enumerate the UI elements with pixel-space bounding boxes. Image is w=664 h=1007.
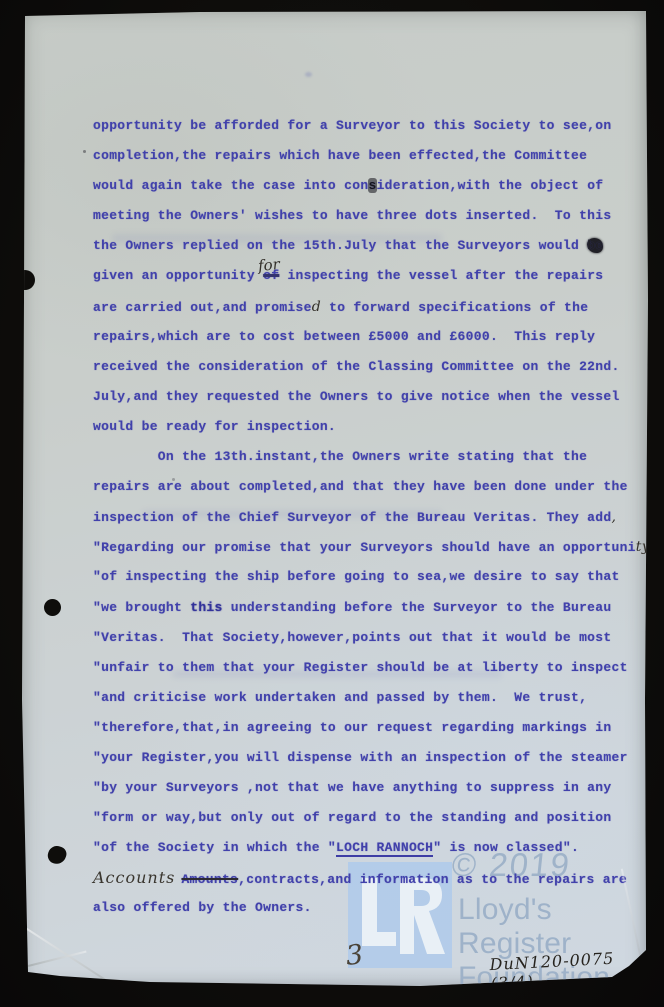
typed-line: "we brought this understanding before th… [93, 593, 638, 623]
typed-line: "Regarding our promise that your Surveyo… [93, 532, 638, 562]
archive-reference-code: DuN120-0075 (3/4) [489, 947, 649, 993]
punch-hole [15, 270, 35, 290]
typed-segment: completion,the repairs which have been e… [93, 148, 587, 163]
typed-line: "of inspecting the ship before going to … [93, 562, 638, 592]
typed-line: opportunity be afforded for a Surveyor t… [93, 111, 638, 141]
typed-segment: "Veritas. That Society,however,points ou… [93, 630, 611, 645]
typed-line: would again take the case into considera… [93, 171, 638, 201]
typed-segment: repairs,which are to cost between £5000 … [93, 329, 595, 344]
typed-segment: "we brought [93, 600, 190, 615]
typed-line: On the 13th.instant,the Owners write sta… [93, 442, 638, 472]
typed-segment-hand: d [312, 299, 321, 315]
typed-segment: inspecting the vessel after the repairs [279, 268, 603, 283]
typed-line: "therefore,that,in agreeing to our reque… [93, 713, 638, 743]
typed-line: repairs are about completed,and that the… [93, 472, 638, 502]
typed-line: would be ready for inspection. [93, 412, 638, 442]
typed-segment-strike: offor [263, 268, 279, 283]
typed-segment: July,and they requested the Owners to gi… [93, 389, 620, 404]
typed-line: "unfair to them that your Register shoul… [93, 653, 638, 683]
typed-segment: opportunity be afforded for a Surveyor t… [93, 118, 611, 133]
typed-segment: repairs are about completed,and that the… [93, 479, 628, 494]
typed-segment: understanding before the Surveyor to the… [223, 600, 612, 615]
typed-line: meeting the Owners' wishes to have three… [93, 201, 638, 231]
typed-line: "by your Surveyors ,not that we have any… [93, 773, 638, 803]
paper-speck [83, 150, 86, 153]
typed-segment: inspection of the Chief Surveyor of the … [93, 510, 611, 525]
typed-segment: "unfair to them that your Register shoul… [93, 660, 628, 675]
typed-segment: "of the Society in which the " [93, 840, 336, 855]
typed-segment-blot: be [587, 238, 603, 253]
letter-body: opportunity be afforded for a Surveyor t… [93, 111, 638, 924]
typed-line: "and criticise work undertaken and passe… [93, 683, 638, 713]
typed-segment: would again take the case into con [93, 178, 368, 193]
typed-segment: "form or way,but only out of regard to t… [93, 810, 611, 825]
typed-line: Accounts Amounts,contracts,and informati… [93, 863, 638, 893]
handwritten-insertion: for [257, 250, 281, 282]
scan-background: © 2019 Lloyd's Register Foundation oppor… [0, 0, 664, 1007]
typed-segment: also offered by the Owners. [93, 900, 312, 915]
typed-line: "Veritas. That Society,however,points ou… [93, 623, 638, 653]
punch-hole [46, 844, 69, 867]
typed-segment: meeting the Owners' wishes to have three… [93, 208, 611, 223]
typed-line: "of the Society in which the "LOCH RANNO… [93, 833, 638, 863]
typed-line: are carried out,and promised to forward … [93, 292, 638, 322]
typed-segment: On the 13th.instant,the Owners write sta… [93, 449, 587, 464]
paper-crease [23, 926, 121, 990]
typed-segment: "therefore,that,in agreeing to our reque… [93, 720, 611, 735]
typed-line: "form or way,but only out of regard to t… [93, 803, 638, 833]
typed-segment-strikedark: Amounts [181, 872, 238, 887]
typed-segment: "your Register,you will dispense with an… [93, 750, 628, 765]
typed-segment: given an opportunity [93, 268, 263, 283]
typed-segment: "and criticise work undertaken and passe… [93, 690, 587, 705]
typed-segment: "of inspecting the ship before going to … [93, 569, 620, 584]
typed-segment: ,contracts,and information as to the rep… [238, 872, 627, 887]
typed-segment: received the consideration of the Classi… [93, 359, 620, 374]
typed-line: "your Register,you will dispense with an… [93, 743, 638, 773]
typed-segment-blotlight: s [368, 178, 376, 193]
typed-line: received the consideration of the Classi… [93, 352, 638, 382]
punch-hole [44, 599, 61, 616]
paper-crease [28, 951, 87, 967]
typed-segment-uline: LOCH RANNOCH [336, 840, 433, 857]
typed-segment: would be ready for inspection. [93, 419, 336, 434]
typed-segment: " is now classed". [433, 840, 579, 855]
typed-segment-hand: , [611, 509, 616, 525]
typed-segment: ideration,with the object of [377, 178, 604, 193]
letter-page: © 2019 Lloyd's Register Foundation oppor… [22, 10, 648, 990]
handwritten-page-number: 3 [344, 939, 364, 972]
typed-line: given an opportunity offor inspecting th… [93, 261, 638, 291]
typed-segment-cursive: Accounts [93, 868, 181, 887]
typed-segment-darkink: this [190, 600, 222, 615]
typed-line: July,and they requested the Owners to gi… [93, 382, 638, 412]
typed-segment: to forward specifications of the [321, 300, 588, 315]
typed-line: inspection of the Chief Surveyor of the … [93, 502, 638, 532]
typed-line: completion,the repairs which have been e… [93, 141, 638, 171]
typed-segment: the Owners replied on the 15th.July that… [93, 238, 587, 253]
typed-segment: are carried out,and promise [93, 300, 312, 315]
typed-segment: "by your Surveyors ,not that we have any… [93, 780, 611, 795]
typed-line: repairs,which are to cost between £5000 … [93, 322, 638, 352]
paper-speck [305, 72, 312, 77]
typed-line: the Owners replied on the 15th.July that… [93, 231, 638, 261]
typed-line: also offered by the Owners. [93, 893, 638, 923]
paper-speck [172, 478, 175, 481]
typed-segment: "Regarding our promise that your Surveyo… [93, 540, 636, 555]
typed-segment-hand: ty [636, 539, 650, 555]
